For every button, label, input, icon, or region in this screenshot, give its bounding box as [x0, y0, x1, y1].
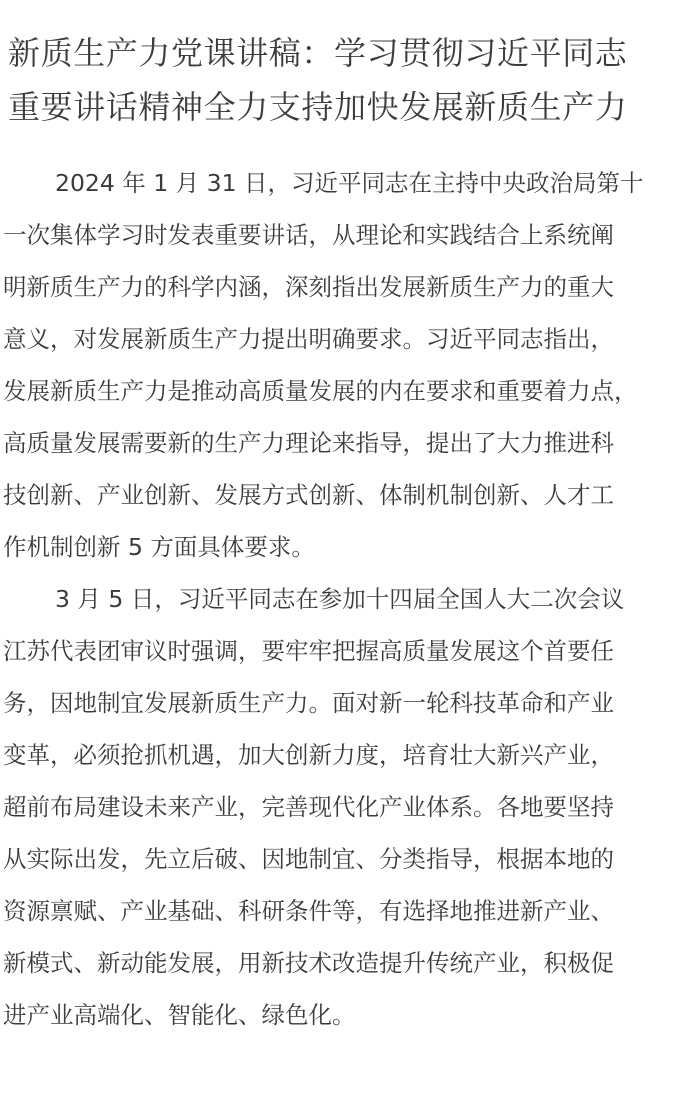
paragraph-line: 2024 年 1 月 31 日，习近平同志在主持中央政治局第十 — [0, 157, 693, 209]
paragraph-line: 从实际出发，先立后破、因地制宜、分类指导，根据本地的 — [0, 833, 693, 885]
paragraph-line: 意义，对发展新质生产力提出明确要求。习近平同志指出， — [0, 313, 693, 365]
title-line: 重要讲话精神全力支持加快发展新质生产力 — [0, 80, 693, 134]
paragraph-2: 3 月 5 日，习近平同志在参加十四届全国人大二次会议 江苏代表团审议时强调，要… — [0, 573, 693, 1041]
paragraph-line: 超前布局建设未来产业，完善现代化产业体系。各地要坚持 — [0, 781, 693, 833]
document-title: 新质生产力党课讲稿：学习贯彻习近平同志 重要讲话精神全力支持加快发展新质生产力 — [0, 26, 693, 134]
paragraph-line: 新模式、新动能发展，用新技术改造提升传统产业，积极促 — [0, 937, 693, 989]
paragraph-line: 技创新、产业创新、发展方式创新、体制机制创新、人才工 — [0, 469, 693, 521]
paragraph-line: 作机制创新 5 方面具体要求。 — [0, 521, 693, 573]
paragraph-line: 3 月 5 日，习近平同志在参加十四届全国人大二次会议 — [0, 573, 693, 625]
paragraph-line: 一次集体学习时发表重要讲话，从理论和实践结合上系统阐 — [0, 209, 693, 261]
paragraph-line: 明新质生产力的科学内涵，深刻指出发展新质生产力的重大 — [0, 261, 693, 313]
title-line: 新质生产力党课讲稿：学习贯彻习近平同志 — [0, 26, 693, 80]
paragraph-line: 高质量发展需要新的生产力理论来指导，提出了大力推进科 — [0, 417, 693, 469]
paragraph-line: 资源禀赋、产业基础、科研条件等，有选择地推进新产业、 — [0, 885, 693, 937]
paragraph-line: 进产业高端化、智能化、绿色化。 — [0, 989, 693, 1041]
paragraph-1: 2024 年 1 月 31 日，习近平同志在主持中央政治局第十 一次集体学习时发… — [0, 157, 693, 573]
article-body: 2024 年 1 月 31 日，习近平同志在主持中央政治局第十 一次集体学习时发… — [0, 157, 693, 1041]
paragraph-line: 变革，必须抢抓机遇，加大创新力度，培育壮大新兴产业， — [0, 729, 693, 781]
paragraph-line: 务，因地制宜发展新质生产力。面对新一轮科技革命和产业 — [0, 677, 693, 729]
paragraph-line: 发展新质生产力是推动高质量发展的内在要求和重要着力点， — [0, 365, 693, 417]
paragraph-line: 江苏代表团审议时强调，要牢牢把握高质量发展这个首要任 — [0, 625, 693, 677]
